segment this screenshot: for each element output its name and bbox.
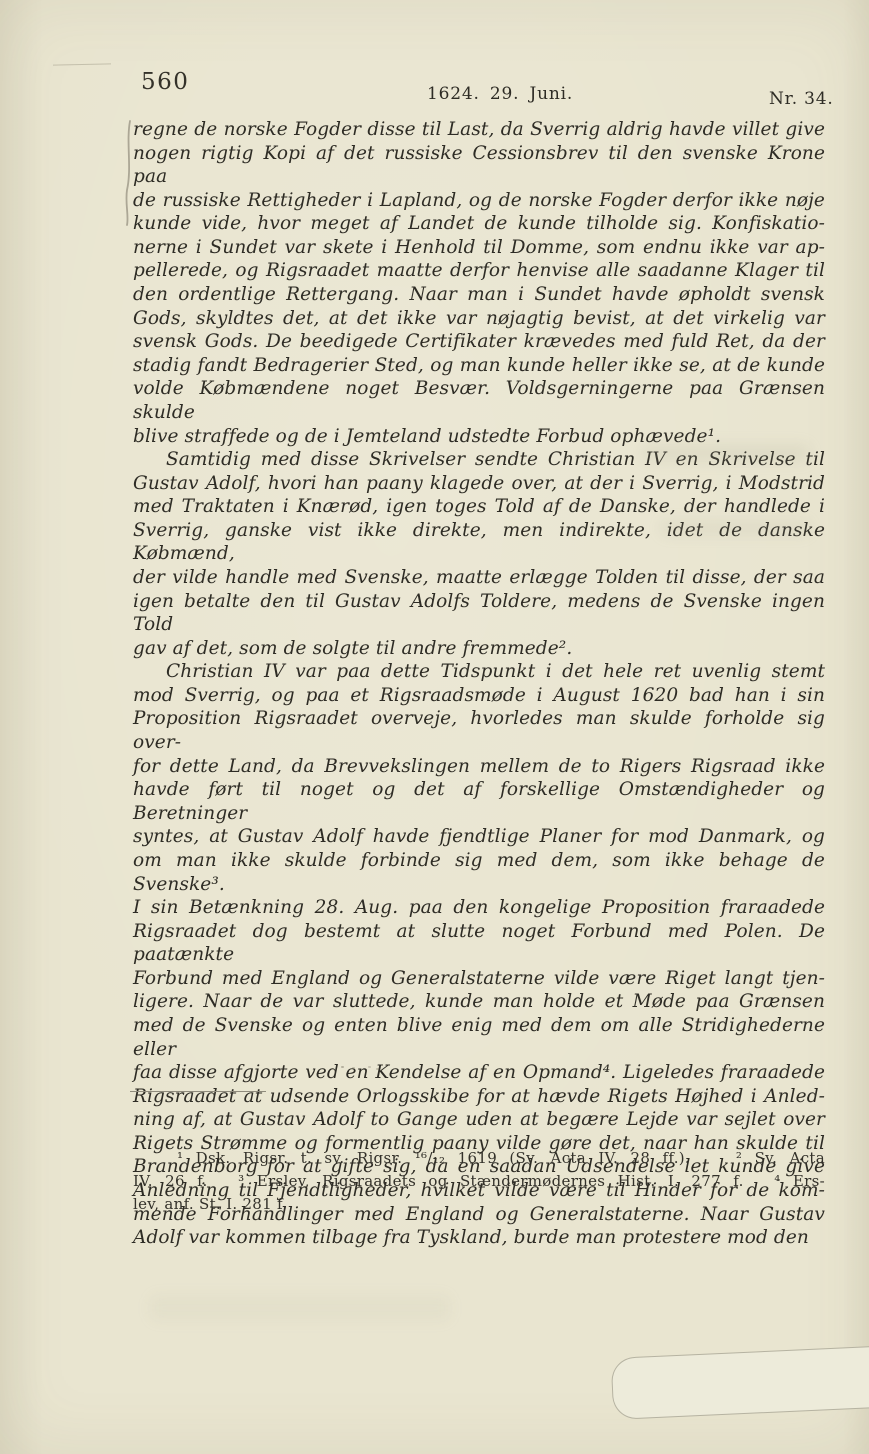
body-line: der vilde handle med Svenske, maatte erl… bbox=[133, 566, 825, 590]
page-ghosting bbox=[642, 444, 810, 462]
body-line: om man ikke skulde forbinde sig med dem,… bbox=[133, 849, 825, 896]
body-line: Forbund med England og Generalstaterne v… bbox=[133, 967, 825, 991]
body-line: I sin Betænkning 28. Aug. paa den kongel… bbox=[133, 896, 825, 920]
body-line: regne de norske Fogder disse til Last, d… bbox=[133, 118, 825, 142]
body-line: ning af, at Gustav Adolf to Gange uden a… bbox=[133, 1108, 825, 1132]
page-ghosting bbox=[660, 520, 810, 536]
footnote-line: IV. 26 f. ³ Erslev, Rigsraadets og Stænd… bbox=[133, 1170, 825, 1193]
body-line: de russiske Rettigheder i Lapland, og de… bbox=[133, 189, 825, 213]
body-line: den ordentlige Rettergang. Naar man i Su… bbox=[133, 283, 825, 307]
body-line: Adolf var kommen tilbage fra Tyskland, b… bbox=[133, 1226, 825, 1250]
body-line: kunde vide, hvor meget af Landet de kund… bbox=[133, 212, 825, 236]
body-line: igen betalte den til Gustav Adolfs Tolde… bbox=[133, 590, 825, 637]
faint-pencil-dots bbox=[341, 1066, 344, 1068]
page-heading-date: 1624. 29. Juni. bbox=[427, 84, 573, 104]
book-page: 560 1624. 29. Juni. Nr. 34. regne de nor… bbox=[0, 0, 869, 1454]
footnotes: ¹ Dsk. Rigsr. t. sv. Rigsr. ¹⁶/₁₂ 1619 (… bbox=[133, 1147, 825, 1216]
document-number: Nr. 34. bbox=[769, 89, 834, 109]
body-line: volde Købmændene noget Besvær. Voldsgern… bbox=[133, 377, 825, 424]
body-line: nerne i Sundet var skete i Henhold til D… bbox=[133, 236, 825, 260]
body-line: syntes, at Gustav Adolf havde fjendtlige… bbox=[133, 825, 825, 849]
body-line: med Traktaten i Knærød, igen toges Told … bbox=[133, 495, 825, 519]
body-text: regne de norske Fogder disse til Last, d… bbox=[133, 118, 825, 1250]
page-number: 560 bbox=[141, 69, 189, 95]
body-line: Proposition Rigsraadet overveje, hvorled… bbox=[133, 707, 825, 754]
footnote-line: lev, anf. St. I. 281 f. bbox=[133, 1193, 825, 1216]
body-line: mod Sverrig, og paa et Rigsraadsmøde i A… bbox=[133, 684, 825, 708]
body-line: gav af det, som de solgte til andre frem… bbox=[133, 637, 825, 661]
body-line: stadig fandt Bedragerier Sted, og man ku… bbox=[133, 354, 825, 378]
body-line: pellerede, og Rigsraadet maatte derfor h… bbox=[133, 259, 825, 283]
bookmark-sticker bbox=[611, 1343, 869, 1420]
page-ghosting bbox=[150, 1295, 450, 1321]
body-line: nogen rigtig Kopi af det russiske Cessio… bbox=[133, 142, 825, 189]
body-line: svensk Gods. De beedigede Certifikater k… bbox=[133, 330, 825, 354]
body-line: for dette Land, da Brevvekslingen mellem… bbox=[133, 755, 825, 779]
body-line: faa disse afgjorte ved en Kendelse af en… bbox=[133, 1061, 825, 1085]
body-line: Gustav Adolf, hvori han paany klagede ov… bbox=[133, 472, 825, 496]
body-line: Christian IV var paa dette Tidspunkt i d… bbox=[133, 660, 825, 684]
footnote-line: ¹ Dsk. Rigsr. t. sv. Rigsr. ¹⁶/₁₂ 1619 (… bbox=[133, 1147, 825, 1170]
body-line: Rigsraadet at udsende Orlogsskibe for at… bbox=[133, 1085, 825, 1109]
body-line: havde ført til noget og det af forskelli… bbox=[133, 778, 825, 825]
body-line: Gods, skyldtes det, at det ikke var nøja… bbox=[133, 307, 825, 331]
body-line: med de Svenske og enten blive enig med d… bbox=[133, 1014, 825, 1061]
body-line: Rigsraadet dog bestemt at slutte noget F… bbox=[133, 920, 825, 967]
footnote-separator bbox=[130, 1091, 266, 1092]
pencil-scratch-mark bbox=[53, 63, 111, 65]
body-line: ligere. Naar de var sluttede, kunde man … bbox=[133, 990, 825, 1014]
